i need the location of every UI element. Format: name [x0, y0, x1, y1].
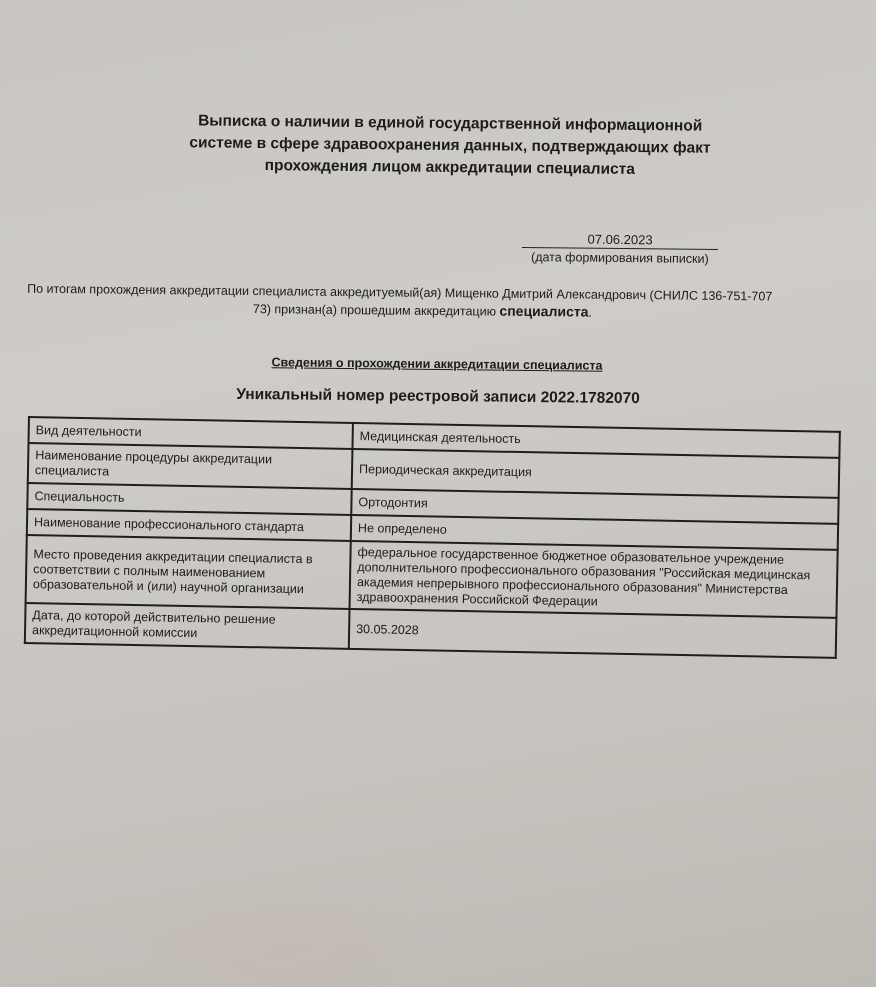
row-value: федеральное государственное бюджетное об… [350, 541, 838, 618]
issue-date-block: 07.06.2023 (дата формирования выписки) [522, 231, 718, 266]
document-page: Выписка о наличии в единой государственн… [0, 0, 876, 987]
issue-date: 07.06.2023 [522, 231, 718, 250]
accreditation-table: Вид деятельности Медицинская деятельност… [24, 416, 841, 659]
issue-date-caption: (дата формирования выписки) [522, 250, 718, 266]
intro-line-2-text: 73) признан(а) прошедшим аккредитацию [253, 302, 500, 319]
intro-trailing: . [588, 306, 592, 320]
photo-shadow [150, 900, 410, 987]
row-label: Место проведения аккредитации специалист… [26, 535, 351, 609]
section-heading: Сведения о прохождении аккредитации спец… [262, 355, 612, 373]
row-value: 30.05.2028 [349, 609, 837, 658]
registry-number: Уникальный номер реестровой записи 2022.… [228, 386, 648, 408]
intro-emphasis: специалиста [499, 303, 588, 320]
row-label: Наименование процедуры аккредитации спец… [28, 443, 353, 489]
row-label: Дата, до которой действительно решение а… [25, 603, 350, 649]
intro-paragraph: По итогам прохождения аккредитации специ… [27, 281, 849, 325]
document-title: Выписка о наличии в единой государственн… [150, 110, 751, 182]
